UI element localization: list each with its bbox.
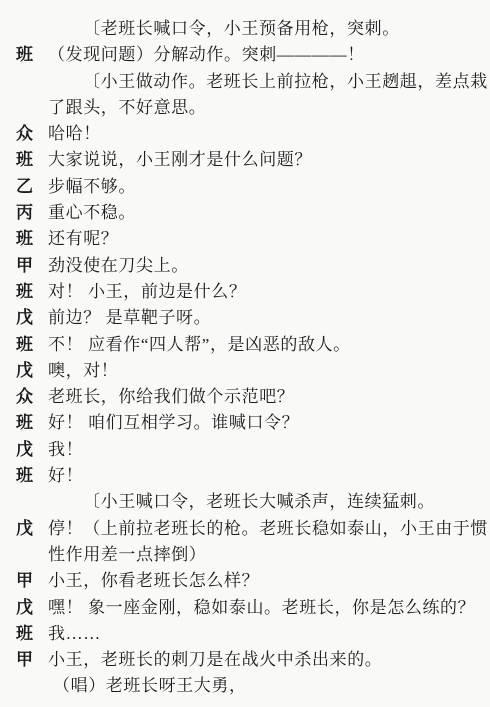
- line-text: 不！ 应看作“四人帮”，是凶恶的敌人。: [48, 332, 351, 358]
- line-text: 步幅不够。: [48, 174, 136, 200]
- speaker-label: 丙: [16, 200, 46, 226]
- speaker-label: 戊: [16, 595, 46, 621]
- script-line: 甲劲没使在刀尖上。: [0, 253, 490, 279]
- speaker-label: 班: [16, 42, 46, 68]
- speaker-label: 班: [16, 463, 46, 489]
- line-text: 我……: [48, 621, 101, 647]
- script-line: 性作用差一点摔倒）: [0, 542, 490, 568]
- script-line: 戊我！: [0, 437, 490, 463]
- script-line: 戊噢，对！: [0, 358, 490, 384]
- speaker-label: 乙: [16, 174, 46, 200]
- line-text: （唱）老班长呀王大勇，: [48, 673, 247, 699]
- speaker-label: 戊: [16, 516, 46, 542]
- line-text: 〔小王做动作。老班长上前拉枪，小王趔趄，差点栽: [48, 69, 488, 95]
- speaker-label: 众: [16, 121, 46, 147]
- line-text: 〔小王喊口令，老班长大喊杀声，连续猛刺。: [48, 489, 435, 515]
- line-text: 好！ 咱们互相学习。谁喊口令？: [48, 410, 299, 436]
- script-line: 众哈哈！: [0, 121, 490, 147]
- speaker-label: 班: [16, 410, 46, 436]
- script-line: 甲小王，你看老班长怎么样？: [0, 568, 490, 594]
- speaker-label: 戊: [16, 358, 46, 384]
- line-text: （发现问题）分解动作。突刺————！: [48, 42, 365, 68]
- script-line: 班对！ 小王，前边是什么？: [0, 279, 490, 305]
- script-line: 〔小王做动作。老班长上前拉枪，小王趔趄，差点栽: [0, 69, 490, 95]
- script-line: 班还有呢？: [0, 226, 490, 252]
- script-line: 班大家说说，小王刚才是什么问题？: [0, 147, 490, 173]
- script-line: 戊停！（上前拉老班长的枪。老班长稳如泰山，小王由于惯: [0, 516, 490, 542]
- speaker-label: 甲: [16, 253, 46, 279]
- line-text: 停！（上前拉老班长的枪。老班长稳如泰山，小王由于惯: [48, 516, 488, 542]
- line-text: 小王，老班长的刺刀是在战火中杀出来的。: [48, 647, 382, 673]
- speaker-label: 甲: [16, 568, 46, 594]
- line-text: 对！ 小王，前边是什么？: [48, 279, 246, 305]
- line-text: 重心不稳。: [48, 200, 136, 226]
- speaker-label: 班: [16, 279, 46, 305]
- line-text: 性作用差一点摔倒）: [48, 542, 206, 568]
- script-line: 〔老班长喊口令，小王预备用枪，突刺。: [0, 16, 490, 42]
- line-text: 还有呢？: [48, 226, 118, 252]
- speaker-label: 班: [16, 332, 46, 358]
- speaker-label: 班: [16, 147, 46, 173]
- line-text: 大家说说，小王刚才是什么问题？: [48, 147, 312, 173]
- line-text: 嘿！ 象一座金刚，稳如泰山。老班长，你是怎么练的？: [48, 595, 475, 621]
- line-text: 前边？ 是草靶子呀。: [48, 305, 211, 331]
- line-text: 老班长，你给我们做个示范吧？: [48, 384, 294, 410]
- speaker-label: 班: [16, 226, 46, 252]
- script-line: 了跟头，不好意思。: [0, 95, 490, 121]
- line-text: 劲没使在刀尖上。: [48, 253, 189, 279]
- speaker-label: 甲: [16, 647, 46, 673]
- speaker-label: 戊: [16, 437, 46, 463]
- script-line: 班不！ 应看作“四人帮”，是凶恶的敌人。: [0, 332, 490, 358]
- speaker-label: 班: [16, 621, 46, 647]
- script-line: 班（发现问题）分解动作。突刺————！: [0, 42, 490, 68]
- line-text: 小王，你看老班长怎么样？: [48, 568, 259, 594]
- script-line: 甲小王，老班长的刺刀是在战火中杀出来的。: [0, 647, 490, 673]
- line-text: 哈哈！: [48, 121, 101, 147]
- line-text: 好！: [48, 463, 83, 489]
- script-line: 戊前边？ 是草靶子呀。: [0, 305, 490, 331]
- speaker-label: 戊: [16, 305, 46, 331]
- speaker-label: 众: [16, 384, 46, 410]
- line-text: 我！: [48, 437, 83, 463]
- script-line: 班我……: [0, 621, 490, 647]
- script-line: 乙步幅不够。: [0, 174, 490, 200]
- script-line: 班好！ 咱们互相学习。谁喊口令？: [0, 410, 490, 436]
- script-line: 〔小王喊口令，老班长大喊杀声，连续猛刺。: [0, 489, 490, 515]
- script-line: 众老班长，你给我们做个示范吧？: [0, 384, 490, 410]
- script-line: 丙重心不稳。: [0, 200, 490, 226]
- script-line: 班好！: [0, 463, 490, 489]
- line-text: 〔老班长喊口令，小王预备用枪，突刺。: [48, 16, 400, 42]
- script-line: （唱）老班长呀王大勇，: [0, 673, 490, 699]
- line-text: 噢，对！: [48, 358, 118, 384]
- line-text: 了跟头，不好意思。: [48, 95, 206, 121]
- script-page: 〔老班长喊口令，小王预备用枪，突刺。班（发现问题）分解动作。突刺————！〔小王…: [0, 0, 490, 707]
- script-line: 戊嘿！ 象一座金刚，稳如泰山。老班长，你是怎么练的？: [0, 595, 490, 621]
